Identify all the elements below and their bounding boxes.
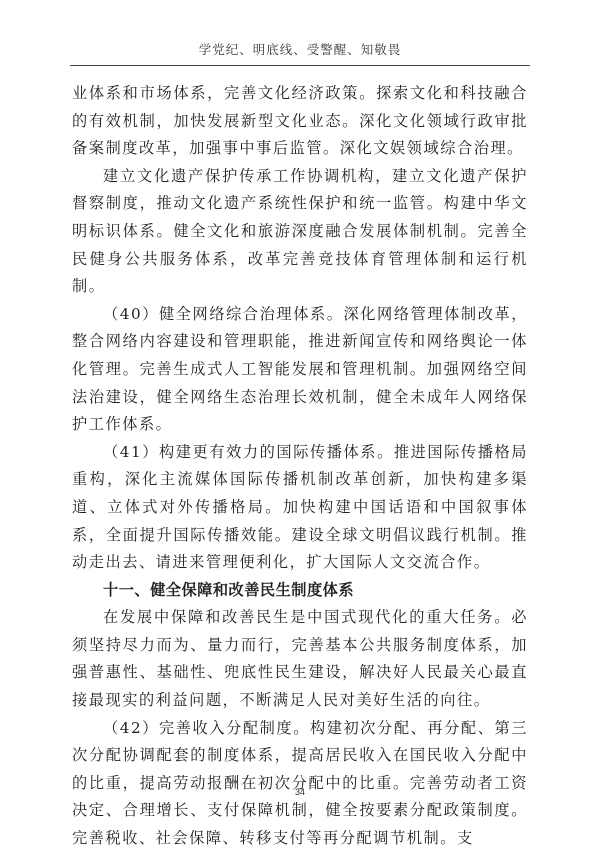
paragraph-cultural-heritage: 建立文化遗产保护传承工作协调机构，建立文化遗产保护督察制度，推动文化遗产系统性保… — [72, 163, 528, 301]
paragraph-item-40: （40）健全网络综合治理体系。深化网络管理体制改革，整合网络内容建设和管理职能，… — [72, 301, 528, 439]
header-divider — [70, 65, 530, 66]
running-header-title: 学党纪、明底线、受警醒、知敬畏 — [0, 40, 600, 58]
paragraph-livelihood-intro: 在发展中保障和改善民生是中国式现代化的重大任务。必须坚持尽力而为、量力而行，完善… — [72, 604, 528, 714]
paragraph-culture-economy: 业体系和市场体系，完善文化经济政策。探索文化和科技融合的有效机制，加快发展新型文… — [72, 80, 528, 163]
paragraph-item-42: （42）完善收入分配制度。构建初次分配、再分配、第三次分配协调配套的制度体系，提… — [72, 715, 528, 848]
section-heading-11: 十一、健全保障和改善民生制度体系 — [72, 577, 528, 605]
paragraph-item-41: （41）构建更有效力的国际传播体系。推进国际传播格局重构，深化主流媒体国际传播机… — [72, 439, 528, 577]
page-number: 34 — [0, 787, 600, 797]
document-body: 业体系和市场体系，完善文化经济政策。探索文化和科技融合的有效机制，加快发展新型文… — [72, 80, 528, 848]
